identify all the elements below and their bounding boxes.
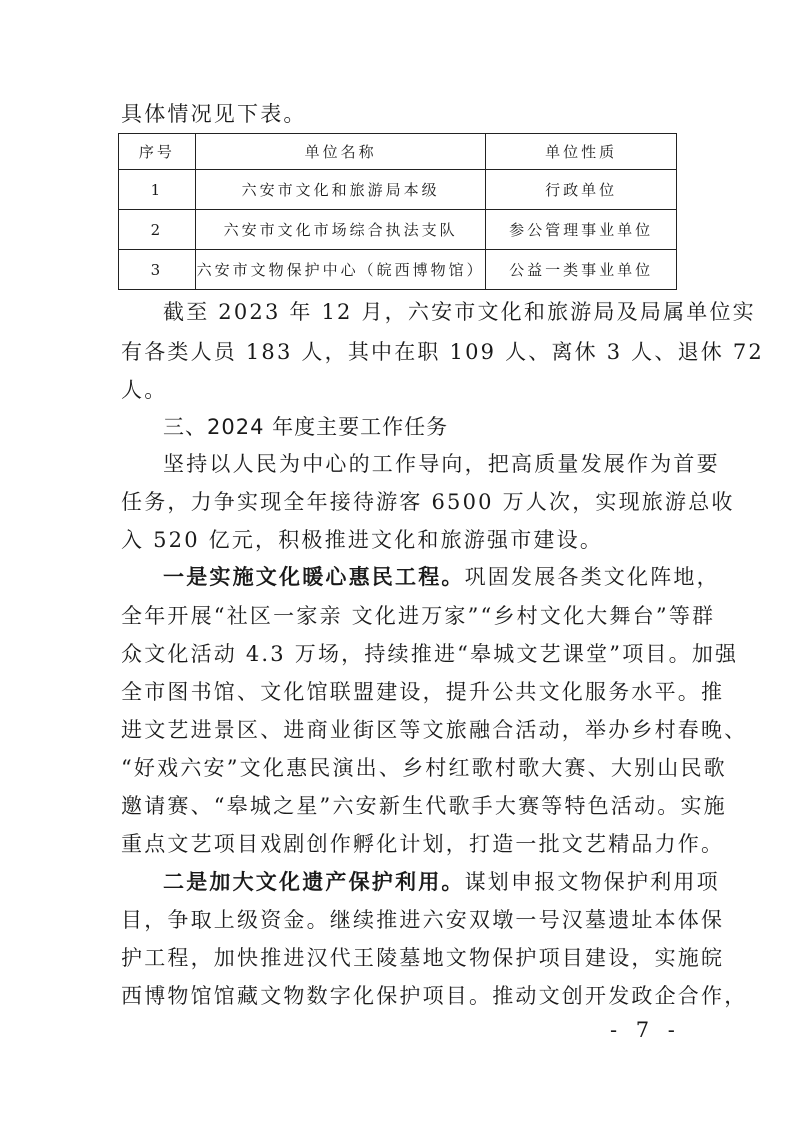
paragraph-line: 全市图书馆、文化馆联盟建设，提升公共文化服务水平。推 [121,678,681,706]
paragraph-line: 西博物馆馆藏文物数字化保护项目。推动文创开发政企合作， [121,982,681,1010]
section-heading: 三、2024 年度主要工作任务 [163,413,681,441]
task1-lead: 一是实施文化暖心惠民工程。 [163,564,465,589]
cell-unit-name: 六安市文化和旅游局本级 [195,170,485,210]
intro-line: 具体情况见下表。 [121,100,681,128]
paragraph-line: 二是加大文化遗产保护利用。谋划申报文物保护利用项 [163,868,681,896]
page-number: - 7 - [610,1018,681,1042]
header-unit-name: 单位名称 [195,134,485,170]
paragraph-line: “好戏六安”文化惠民演出、乡村红歌村歌大赛、大别山民歌 [121,754,681,782]
cell-unit-type: 行政单位 [486,170,677,210]
paragraph-line: 邀请赛、“皋城之星”六安新生代歌手大赛等特色活动。实施 [121,792,681,820]
paragraph-line: 任务，力争实现全年接待游客 6500 万人次，实现旅游总收 [121,488,681,516]
table-header-row: 序号 单位名称 单位性质 [119,134,677,170]
paragraph-line: 一是实施文化暖心惠民工程。巩固发展各类文化阵地， [163,563,681,591]
table-row: 2 六安市文化市场综合执法支队 参公管理事业单位 [119,210,677,250]
paragraph-line: 目，争取上级资金。继续推进六安双墩一号汉墓遗址本体保 [121,906,681,934]
cell-unit-type: 公益一类事业单位 [486,250,677,290]
paragraph-line: 进文艺进景区、进商业街区等文旅融合活动，举办乡村春晚、 [121,716,681,744]
cell-unit-type: 参公管理事业单位 [486,210,677,250]
table-row: 3 六安市文物保护中心（皖西博物馆） 公益一类事业单位 [119,250,677,290]
paragraph-line: 众文化活动 4.3 万场，持续推进“皋城文艺课堂”项目。加强 [121,640,681,668]
cell-serial: 1 [119,170,196,210]
cell-serial: 3 [119,250,196,290]
task2-lead: 二是加大文化遗产保护利用。 [163,869,465,894]
paragraph-line: 全年开展“社区一家亲 文化进万家”“乡村文化大舞台”等群 [121,602,681,630]
cell-unit-name: 六安市文物保护中心（皖西博物馆） [195,250,485,290]
units-table: 序号 单位名称 单位性质 1 六安市文化和旅游局本级 行政单位 2 六安市文化市… [118,133,677,290]
paragraph-line: 入 520 亿元，积极推进文化和旅游强市建设。 [121,526,681,554]
paragraph-line: 护工程，加快推进汉代王陵墓地文物保护项目建设，实施皖 [121,944,681,972]
paragraph-line: 有各类人员 183 人，其中在职 109 人、离休 3 人、退休 72 [121,338,681,366]
paragraph-line: 截至 2023 年 12 月，六安市文化和旅游局及局属单位实 [163,298,681,326]
cell-serial: 2 [119,210,196,250]
table-row: 1 六安市文化和旅游局本级 行政单位 [119,170,677,210]
header-serial: 序号 [119,134,196,170]
paragraph-line: 重点文艺项目戏剧创作孵化计划，打造一批文艺精品力作。 [121,830,681,858]
task1-first-rest: 巩固发展各类文化阵地， [465,565,720,589]
paragraph-line: 人。 [121,376,681,404]
header-unit-type: 单位性质 [486,134,677,170]
task2-first-rest: 谋划申报文物保护利用项 [465,870,720,894]
paragraph-line: 坚持以人民为中心的工作导向，把高质量发展作为首要 [163,450,681,478]
cell-unit-name: 六安市文化市场综合执法支队 [195,210,485,250]
